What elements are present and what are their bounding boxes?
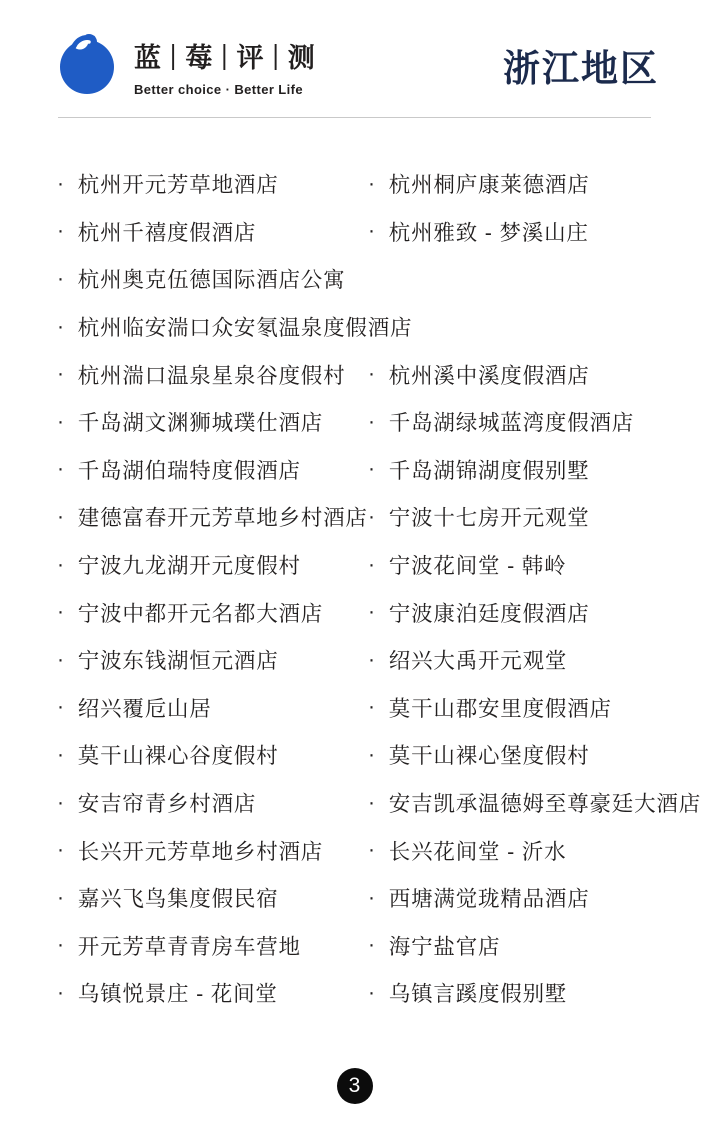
list-item: ·千岛湖伯瑞特度假酒店	[57, 454, 301, 485]
list-cell-right: ·乌镇言蹊度假别墅	[368, 977, 709, 1008]
hotel-name: 宁波九龙湖开元度假村	[78, 549, 301, 580]
page-header: 蓝 | 莓 | 评 | 测 Better choice · Better Lif…	[0, 0, 709, 97]
bullet-icon: ·	[57, 457, 65, 481]
list-item: ·宁波花间堂 - 韩岭	[368, 549, 566, 580]
bullet-icon: ·	[368, 219, 376, 243]
bullet-icon: ·	[368, 886, 376, 910]
list-item: ·安吉帘青乡村酒店	[57, 787, 256, 818]
brand-logo: 蓝 | 莓 | 评 | 测 Better choice · Better Lif…	[55, 26, 315, 97]
hotel-name: 杭州桐庐康莱德酒店	[389, 168, 590, 199]
bullet-icon: ·	[57, 791, 65, 815]
bullet-icon: ·	[57, 267, 65, 291]
hotel-name: 安吉帘青乡村酒店	[78, 787, 256, 818]
list-cell-left: ·宁波九龙湖开元度假村	[57, 549, 368, 580]
bullet-icon: ·	[57, 505, 65, 529]
bullet-icon: ·	[368, 505, 376, 529]
list-item: ·莫干山裸心堡度假村	[368, 739, 590, 770]
hotel-name: 宁波东钱湖恒元酒店	[78, 644, 279, 675]
bullet-icon: ·	[368, 172, 376, 196]
bullet-icon: ·	[57, 981, 65, 1005]
hotel-name: 杭州开元芳草地酒店	[78, 168, 279, 199]
list-item: ·千岛湖文渊狮城璞仕酒店	[57, 406, 323, 437]
list-item: ·宁波康泊廷度假酒店	[368, 597, 590, 628]
list-item: ·安吉凯承温德姆至尊豪廷大酒店	[368, 787, 701, 818]
list-item: ·杭州千禧度假酒店	[57, 216, 256, 247]
list-item: ·杭州临安湍口众安氡温泉度假酒店	[57, 311, 412, 342]
list-cell-right: ·千岛湖绿城蓝湾度假酒店	[368, 406, 709, 437]
list-item: ·千岛湖锦湖度假别墅	[368, 454, 590, 485]
list-item: ·宁波中都开元名都大酒店	[57, 597, 323, 628]
hotel-name: 杭州溪中溪度假酒店	[389, 359, 590, 390]
list-row: ·杭州奥克伍德国际酒店公寓	[57, 255, 709, 303]
list-row: ·开元芳草青青房车营地·海宁盐官店	[57, 922, 709, 970]
list-cell-left: ·嘉兴飞鸟集度假民宿	[57, 882, 368, 913]
bullet-icon: ·	[368, 457, 376, 481]
list-item: ·西塘满觉珑精品酒店	[368, 882, 590, 913]
list-cell-right: ·长兴花间堂 - 沂水	[368, 835, 709, 866]
list-cell-right: ·千岛湖锦湖度假别墅	[368, 454, 709, 485]
hotel-name: 千岛湖文渊狮城璞仕酒店	[78, 406, 323, 437]
brand-char: 莓	[185, 36, 212, 75]
list-cell-right: ·杭州溪中溪度假酒店	[368, 359, 709, 390]
hotel-name: 乌镇悦景庄 - 花间堂	[78, 977, 278, 1008]
list-item: ·绍兴大禹开元观堂	[368, 644, 567, 675]
list-item: ·千岛湖绿城蓝湾度假酒店	[368, 406, 634, 437]
hotel-name: 绍兴大禹开元观堂	[389, 644, 567, 675]
list-cell-left: ·长兴开元芳草地乡村酒店	[57, 835, 368, 866]
list-item: ·宁波九龙湖开元度假村	[57, 549, 301, 580]
list-row: ·嘉兴飞鸟集度假民宿·西塘满觉珑精品酒店	[57, 874, 709, 922]
brand-separator: |	[272, 39, 278, 71]
brand-tagline: Better choice · Better Life	[134, 82, 315, 97]
list-cell-left: ·宁波中都开元名都大酒店	[57, 597, 368, 628]
list-row: ·建德富春开元芳草地乡村酒店·宁波十七房开元观堂	[57, 493, 709, 541]
list-cell-left: ·杭州开元芳草地酒店	[57, 168, 368, 199]
list-cell-left: ·杭州千禧度假酒店	[57, 216, 368, 247]
list-item: ·建德富春开元芳草地乡村酒店	[57, 501, 368, 532]
list-item: ·海宁盐官店	[368, 930, 500, 961]
bullet-icon: ·	[368, 410, 376, 434]
hotel-name: 杭州临安湍口众安氡温泉度假酒店	[78, 311, 413, 342]
list-item: ·宁波东钱湖恒元酒店	[57, 644, 279, 675]
list-row: ·绍兴覆卮山居·莫干山郡安里度假酒店	[57, 684, 709, 732]
list-item: ·莫干山郡安里度假酒店	[368, 692, 612, 723]
bullet-icon: ·	[57, 362, 65, 386]
hotel-name: 宁波花间堂 - 韩岭	[389, 549, 567, 580]
list-row: ·杭州千禧度假酒店·杭州雅致 - 梦溪山庄	[57, 208, 709, 256]
list-cell-right: ·杭州雅致 - 梦溪山庄	[368, 216, 709, 247]
list-item: ·宁波十七房开元观堂	[368, 501, 590, 532]
bullet-icon: ·	[57, 553, 65, 577]
list-item: ·杭州溪中溪度假酒店	[368, 359, 590, 390]
hotel-name: 莫干山郡安里度假酒店	[389, 692, 612, 723]
hotel-name: 长兴开元芳草地乡村酒店	[78, 835, 323, 866]
bullet-icon: ·	[57, 838, 65, 862]
bullet-icon: ·	[57, 648, 65, 672]
hotel-name: 宁波中都开元名都大酒店	[78, 597, 323, 628]
hotel-name: 杭州雅致 - 梦溪山庄	[389, 216, 589, 247]
list-cell-right: ·莫干山郡安里度假酒店	[368, 692, 709, 723]
bullet-icon: ·	[368, 743, 376, 767]
list-cell-right: ·安吉凯承温德姆至尊豪廷大酒店	[368, 787, 709, 818]
brand-char: 评	[236, 36, 263, 75]
page-title: 浙江地区	[503, 38, 659, 92]
list-cell-right: ·西塘满觉珑精品酒店	[368, 882, 709, 913]
bullet-icon: ·	[368, 600, 376, 624]
hotel-name: 杭州千禧度假酒店	[78, 216, 256, 247]
bullet-icon: ·	[57, 315, 65, 339]
list-cell-left: ·开元芳草青青房车营地	[57, 930, 368, 961]
list-row: ·长兴开元芳草地乡村酒店·长兴花间堂 - 沂水	[57, 826, 709, 874]
bullet-icon: ·	[57, 172, 65, 196]
list-item: ·长兴花间堂 - 沂水	[368, 835, 566, 866]
hotel-name: 西塘满觉珑精品酒店	[389, 882, 590, 913]
list-cell-right: ·杭州桐庐康莱德酒店	[368, 168, 709, 199]
list-row: ·千岛湖文渊狮城璞仕酒店·千岛湖绿城蓝湾度假酒店	[57, 398, 709, 446]
brand-text-block: 蓝 | 莓 | 评 | 测 Better choice · Better Lif…	[134, 26, 315, 97]
list-item: ·杭州奥克伍德国际酒店公寓	[57, 263, 345, 294]
hotel-name: 绍兴覆卮山居	[78, 692, 212, 723]
hotel-name: 宁波康泊廷度假酒店	[389, 597, 590, 628]
list-item: ·杭州开元芳草地酒店	[57, 168, 279, 199]
hotel-name: 长兴花间堂 - 沂水	[389, 835, 567, 866]
list-cell-right: ·宁波花间堂 - 韩岭	[368, 549, 709, 580]
hotel-name: 千岛湖伯瑞特度假酒店	[78, 454, 301, 485]
hotel-name: 杭州湍口温泉星泉谷度假村	[78, 359, 346, 390]
bullet-icon: ·	[57, 886, 65, 910]
bullet-icon: ·	[368, 553, 376, 577]
hotel-list: ·杭州开元芳草地酒店·杭州桐庐康莱德酒店·杭州千禧度假酒店·杭州雅致 - 梦溪山…	[57, 160, 709, 1017]
bullet-icon: ·	[368, 695, 376, 719]
list-cell-left: ·千岛湖伯瑞特度假酒店	[57, 454, 368, 485]
list-item: ·杭州桐庐康莱德酒店	[368, 168, 590, 199]
list-row: ·宁波东钱湖恒元酒店·绍兴大禹开元观堂	[57, 636, 709, 684]
list-cell-left: ·杭州奥克伍德国际酒店公寓	[57, 263, 368, 294]
list-cell-right: ·绍兴大禹开元观堂	[368, 644, 709, 675]
list-row: ·千岛湖伯瑞特度假酒店·千岛湖锦湖度假别墅	[57, 446, 709, 494]
bullet-icon: ·	[57, 743, 65, 767]
hotel-name: 安吉凯承温德姆至尊豪廷大酒店	[389, 787, 701, 818]
brand-char: 测	[288, 36, 315, 75]
bullet-icon: ·	[368, 791, 376, 815]
brand-char: 蓝	[134, 36, 161, 75]
bullet-icon: ·	[57, 933, 65, 957]
list-cell-left: ·杭州临安湍口众安氡温泉度假酒店	[57, 311, 368, 342]
list-cell-left: ·绍兴覆卮山居	[57, 692, 368, 723]
bullet-icon: ·	[368, 933, 376, 957]
list-row: ·宁波中都开元名都大酒店·宁波康泊廷度假酒店	[57, 588, 709, 636]
bullet-icon: ·	[368, 981, 376, 1005]
hotel-name: 莫干山裸心谷度假村	[78, 739, 279, 770]
list-item: ·嘉兴飞鸟集度假民宿	[57, 882, 279, 913]
list-cell-right: ·海宁盐官店	[368, 930, 709, 961]
page-number-badge: 3	[337, 1068, 373, 1104]
list-row: ·安吉帘青乡村酒店·安吉凯承温德姆至尊豪廷大酒店	[57, 779, 709, 827]
list-item: ·杭州雅致 - 梦溪山庄	[368, 216, 589, 247]
bullet-icon: ·	[368, 838, 376, 862]
hotel-name: 海宁盐官店	[389, 930, 501, 961]
list-row: ·乌镇悦景庄 - 花间堂·乌镇言蹊度假别墅	[57, 969, 709, 1017]
list-row: ·杭州临安湍口众安氡温泉度假酒店	[57, 303, 709, 351]
hotel-name: 嘉兴飞鸟集度假民宿	[78, 882, 279, 913]
list-item: ·长兴开元芳草地乡村酒店	[57, 835, 323, 866]
list-cell-left: ·宁波东钱湖恒元酒店	[57, 644, 368, 675]
brand-name: 蓝 | 莓 | 评 | 测	[134, 36, 315, 75]
hotel-name: 杭州奥克伍德国际酒店公寓	[78, 263, 346, 294]
list-row: ·杭州开元芳草地酒店·杭州桐庐康莱德酒店	[57, 160, 709, 208]
list-item: ·乌镇悦景庄 - 花间堂	[57, 977, 278, 1008]
hotel-name: 千岛湖绿城蓝湾度假酒店	[389, 406, 634, 437]
page-number: 3	[349, 1074, 361, 1098]
list-item: ·杭州湍口温泉星泉谷度假村	[57, 359, 345, 390]
list-cell-left: ·莫干山裸心谷度假村	[57, 739, 368, 770]
list-row: ·杭州湍口温泉星泉谷度假村·杭州溪中溪度假酒店	[57, 350, 709, 398]
list-cell-left: ·杭州湍口温泉星泉谷度假村	[57, 359, 368, 390]
hotel-name: 建德富春开元芳草地乡村酒店	[78, 501, 368, 532]
list-item: ·开元芳草青青房车营地	[57, 930, 301, 961]
list-item: ·乌镇言蹊度假别墅	[368, 977, 567, 1008]
document-page: 蓝 | 莓 | 评 | 测 Better choice · Better Lif…	[0, 0, 709, 1134]
list-row: ·宁波九龙湖开元度假村·宁波花间堂 - 韩岭	[57, 541, 709, 589]
brand-separator: |	[221, 39, 227, 71]
brand-separator: |	[170, 39, 176, 71]
list-cell-right: ·宁波十七房开元观堂	[368, 501, 709, 532]
hotel-name: 莫干山裸心堡度假村	[389, 739, 590, 770]
bullet-icon: ·	[368, 362, 376, 386]
list-cell-right: ·宁波康泊廷度假酒店	[368, 597, 709, 628]
list-item: ·莫干山裸心谷度假村	[57, 739, 279, 770]
bullet-icon: ·	[57, 600, 65, 624]
list-cell-left: ·建德富春开元芳草地乡村酒店	[57, 501, 368, 532]
bullet-icon: ·	[368, 648, 376, 672]
hotel-name: 千岛湖锦湖度假别墅	[389, 454, 590, 485]
hotel-name: 开元芳草青青房车营地	[78, 930, 301, 961]
list-item: ·绍兴覆卮山居	[57, 692, 212, 723]
blueberry-icon	[55, 29, 119, 95]
hotel-name: 宁波十七房开元观堂	[389, 501, 590, 532]
hotel-name: 乌镇言蹊度假别墅	[389, 977, 567, 1008]
header-divider	[58, 117, 651, 118]
bullet-icon: ·	[57, 410, 65, 434]
bullet-icon: ·	[57, 219, 65, 243]
bullet-icon: ·	[57, 695, 65, 719]
list-cell-left: ·安吉帘青乡村酒店	[57, 787, 368, 818]
list-cell-left: ·千岛湖文渊狮城璞仕酒店	[57, 406, 368, 437]
list-cell-left: ·乌镇悦景庄 - 花间堂	[57, 977, 368, 1008]
list-row: ·莫干山裸心谷度假村·莫干山裸心堡度假村	[57, 731, 709, 779]
list-cell-right: ·莫干山裸心堡度假村	[368, 739, 709, 770]
